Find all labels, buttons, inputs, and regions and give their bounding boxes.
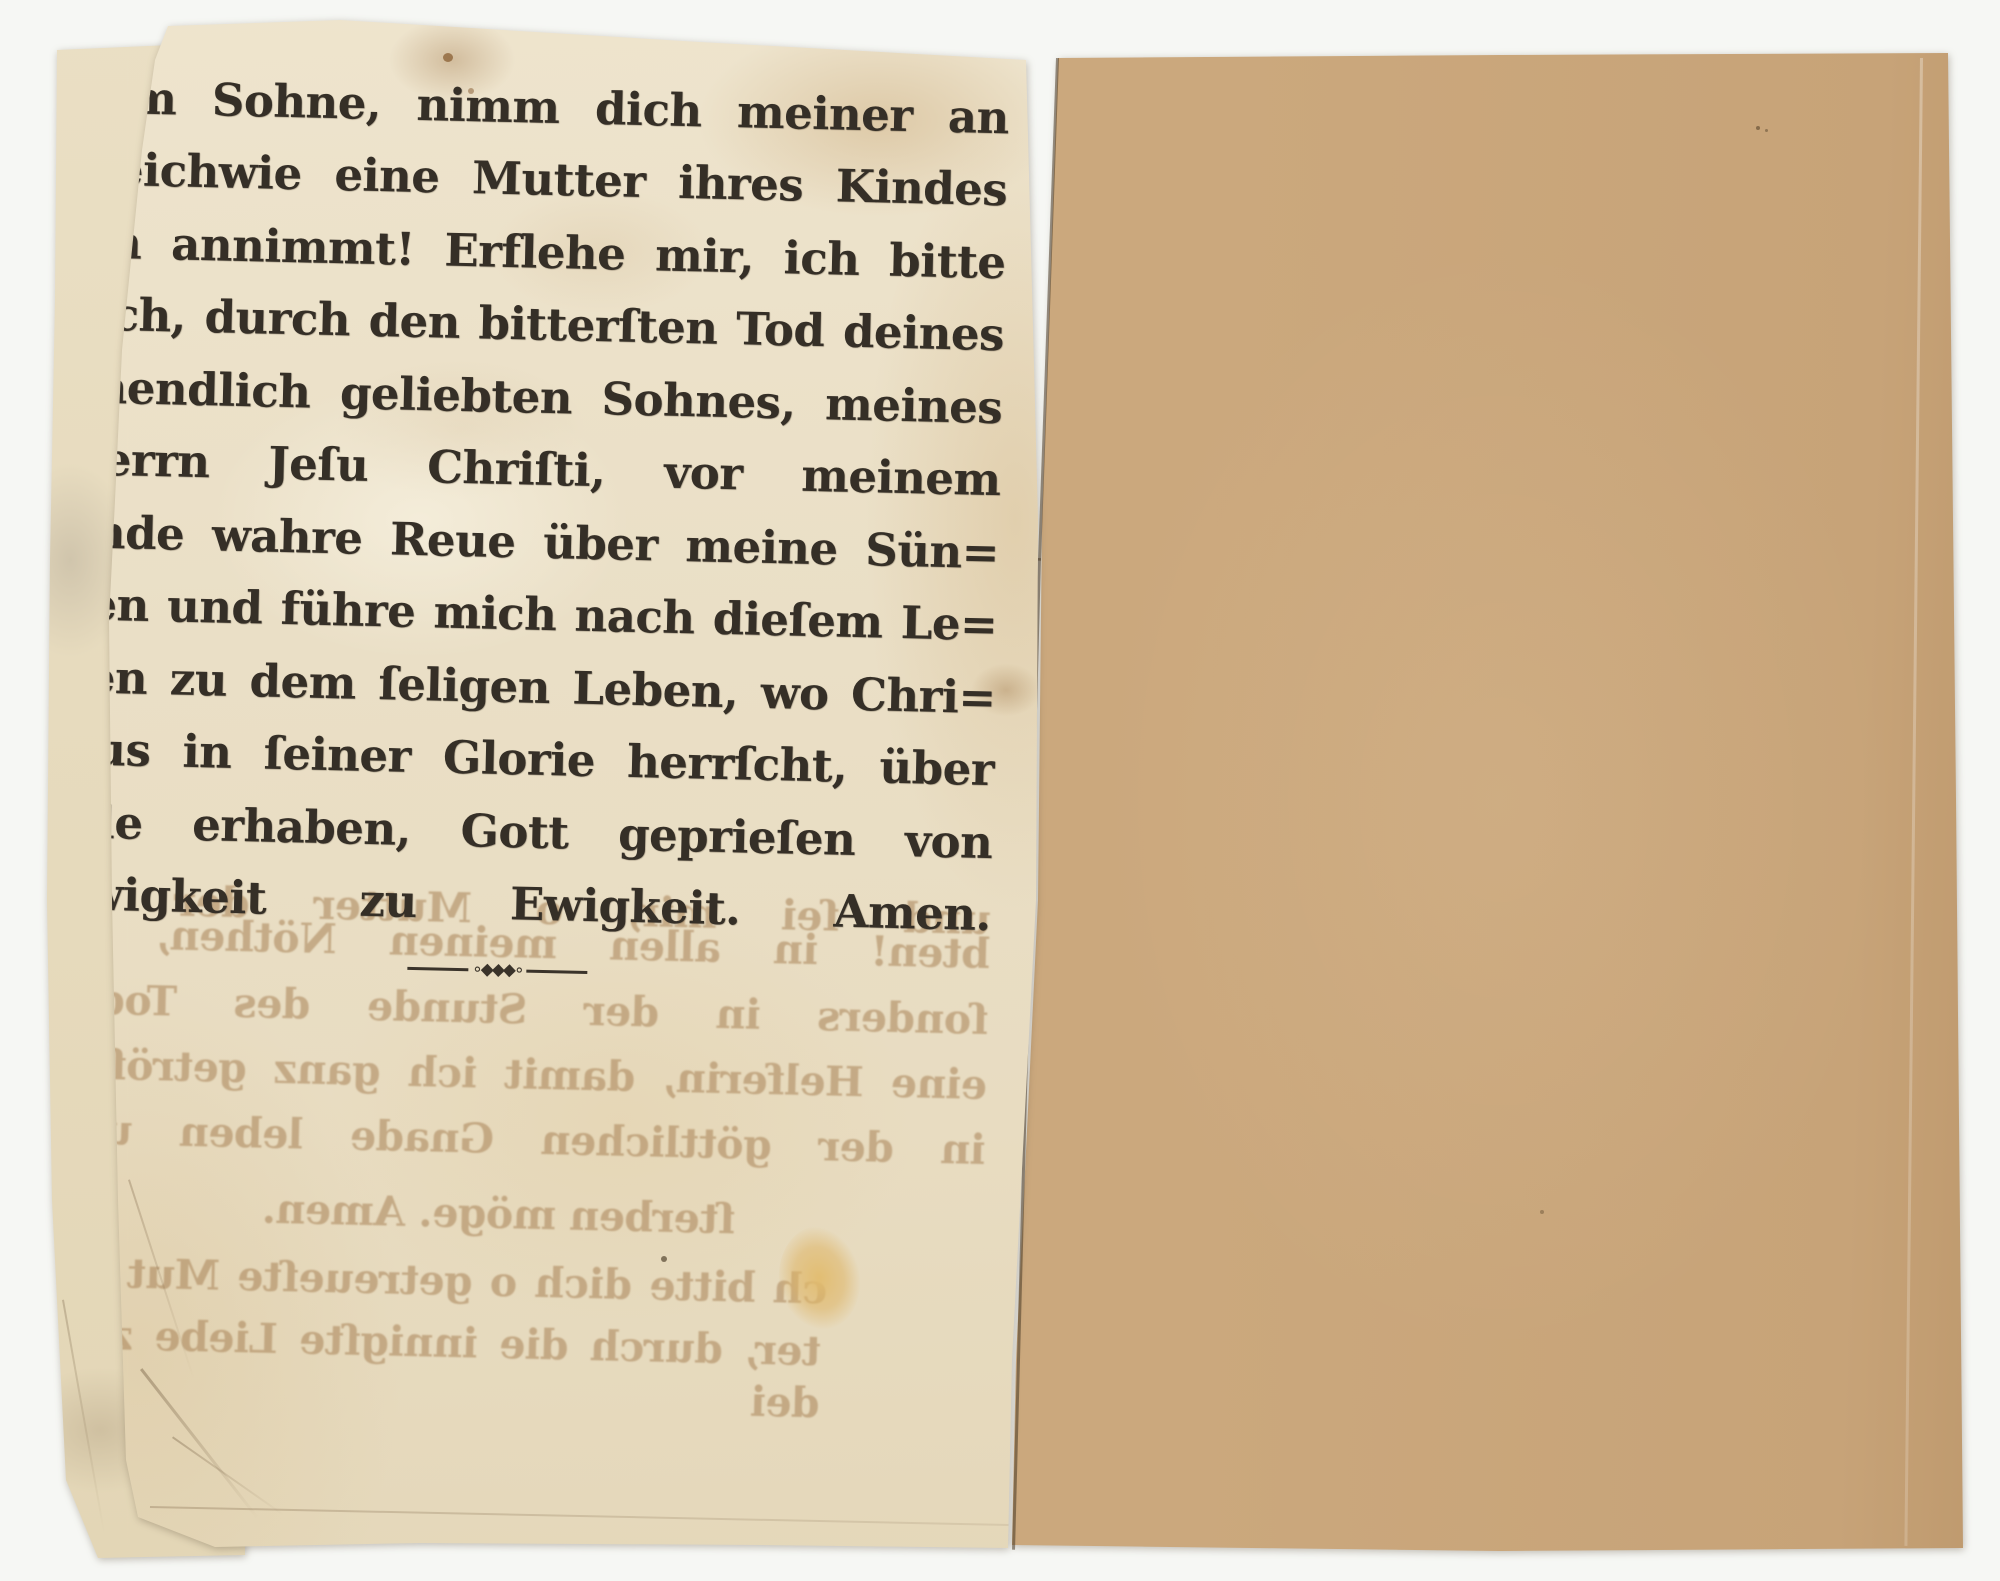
text-line: nem Sohne, nimm dich meiner an — [68, 67, 1009, 148]
text-line: gleichwie eine Mutter ihres Kindes — [67, 139, 1008, 220]
printed-page-wrap: und ſei mir, o Mutter der Be bten! in al… — [0, 0, 2000, 1581]
paper-speck — [468, 88, 474, 94]
ghost-text-line: in der göttlichen Gnade leben und — [45, 1103, 986, 1176]
scan-background: und ſei mir, o Mutter der Be bten! in al… — [0, 0, 2000, 1581]
paper-speck — [661, 1256, 667, 1262]
text-line: Ende wahre Reue über meine Sün= — [58, 502, 999, 583]
text-line: unendlich geliebten Sohnes, meines — [62, 357, 1003, 438]
text-line: den und führe mich nach dieſem Le= — [57, 574, 998, 655]
printed-page: und ſei mir, o Mutter der Be bten! in al… — [0, 0, 2000, 1581]
text-line: ſtus in ſeiner Glorie herrſcht, über — [54, 719, 995, 800]
paper-speck — [443, 53, 453, 62]
text-line: ich annimmt! Erflehe mir, ich bitte — [65, 212, 1006, 293]
ornament-diamonds: ∘◆◆◆∘ — [472, 961, 523, 979]
ornament-rule-right — [527, 970, 588, 974]
divider-ornament: ∘◆◆◆∘ — [407, 960, 587, 981]
ghost-text-line: ſonders in der Stunde des Todes — [48, 973, 989, 1046]
text-line: dich, durch den bitterſten Tod deines — [63, 284, 1004, 365]
text-line: ben zu dem ſeligen Leben, wo Chri= — [55, 647, 996, 728]
ghost-text-line: eine Helferin, damit ich ganz getröſtet — [47, 1038, 988, 1111]
text-line: alle erhaben, Gott geprieſen von — [52, 792, 993, 873]
ghost-text-line: ſterben möge. Amen. — [258, 1183, 739, 1246]
text-line: Herrn Jeſu Chriſti, vor meinem — [60, 429, 1001, 510]
ornament-rule-left — [407, 967, 468, 971]
ghost-text-line: ch bitte dich o getreueſte Mut — [127, 1248, 828, 1316]
text-block: und ſei mir, o Mutter der Be bten! in al… — [37, 55, 1010, 1536]
